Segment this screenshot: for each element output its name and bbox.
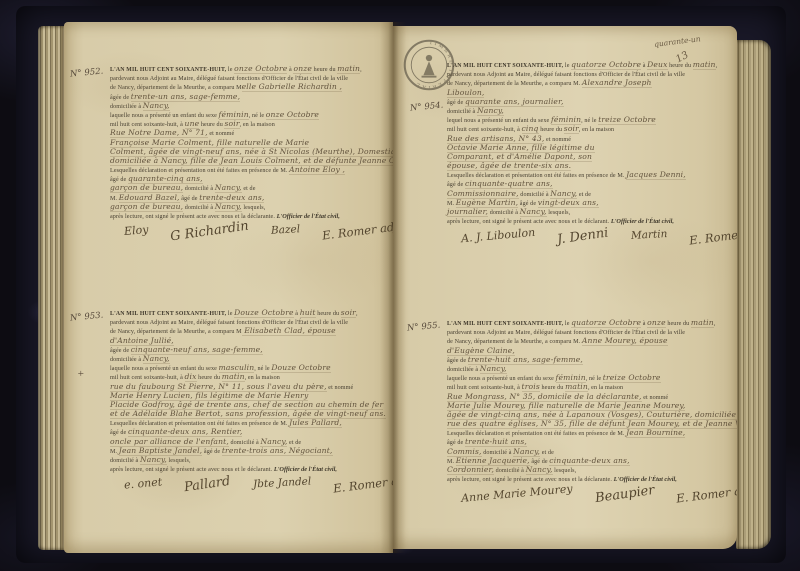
- text-line: pardevant nous Adjoint au Maire, délégué…: [110, 311, 386, 320]
- handwritten-text: matin: [691, 318, 714, 328]
- handwritten-text: Jean Bournine,: [626, 428, 685, 438]
- text-line: Octavie Marie Anne, fille légitime du: [447, 137, 719, 146]
- signature: Jbte Jandel: [252, 476, 311, 491]
- handwritten-text: Alexandre Joseph: [582, 78, 652, 88]
- signatures-row: Anne Marie MoureyBeaupierE. Romer adj: [447, 487, 719, 502]
- margin-mark: +: [77, 368, 84, 380]
- printed-text: , en la maison: [240, 122, 275, 128]
- text-line: Colment, âgée de vingt-neuf ans, née à S…: [110, 141, 386, 150]
- text-line: garçon de bureau, domicilié à Nancy, et …: [110, 177, 386, 186]
- text-line: Commissionnaire, domicilié à Nancy, et d…: [447, 183, 719, 192]
- handwritten-text: Jules Pallard,: [289, 418, 342, 428]
- text-line: laquelle nous a présenté un enfant du se…: [447, 367, 719, 376]
- text-line: L'an mil huit cent soixante-huit, le qua…: [447, 54, 719, 63]
- text-line: pardevant nous Adjoint au Maire, délégué…: [447, 321, 719, 330]
- text-line: laquelle nous a présenté un enfant du se…: [110, 104, 386, 113]
- entry-body: L'an mil huit cent soixante-huit, le qua…: [447, 312, 719, 477]
- text-line: domiciliée à Nancy,: [447, 358, 719, 367]
- register-entry-954: N° 954.L'an mil huit cent soixante-huit,…: [447, 54, 719, 244]
- text-line: Lesquelles déclaration et présentation o…: [447, 164, 719, 173]
- signature: Beaupier: [594, 483, 655, 506]
- text-line: âgée de trente-huit ans, sage-femme,: [447, 349, 719, 358]
- text-line: pardevant nous Adjoint au Maire, délégué…: [110, 67, 386, 76]
- printed-text: L'Officier de l'État civil,: [614, 476, 677, 483]
- register-entry-952: N° 952.L'an mil huit cent soixante-huit,…: [110, 58, 386, 239]
- text-line: Lesquelles déclaration et présentation o…: [110, 159, 386, 168]
- handwritten-text: Douze Octobre: [271, 363, 331, 373]
- entry-number: N° 952.: [70, 67, 104, 80]
- text-line: oncle par alliance de l'enfant, domicili…: [110, 431, 386, 440]
- text-line: mil huit cent soixante-huit, à trois heu…: [447, 376, 719, 385]
- signature: E. Romer adj: [322, 220, 393, 243]
- signatures-row: EloyG RichardinBazelE. Romer adj: [110, 224, 386, 239]
- text-line: âgée de vingt-cinq ans, née à Lapanoux (…: [447, 404, 719, 413]
- text-line: M. Jean Baptiste Jandel, âgé de trente-t…: [110, 440, 386, 449]
- text-line: après lecture, ont signé le présent acte…: [447, 210, 719, 219]
- text-line: après lecture, ont signé le présent acte…: [447, 468, 719, 477]
- printed-text: L'Officier de l'État civil,: [277, 213, 340, 220]
- text-line: M. Etienne Jacquerie, âgé de cinquante-d…: [447, 450, 719, 459]
- text-line: L'an mil huit cent soixante-huit, le Dou…: [110, 302, 386, 311]
- handwritten-text: elle Gabrielle Richardin ,: [242, 82, 342, 92]
- signature: Pallard: [183, 474, 231, 495]
- signature: E. Romer adj: [689, 225, 737, 248]
- handwritten-text: Jacques Denni,: [626, 170, 686, 180]
- text-line: après lecture, ont signé le présent acte…: [110, 458, 386, 467]
- text-line: âgée de cinquante-neuf ans, sage-femme,: [110, 339, 386, 348]
- text-line: Comparant, et d'Amélie Dapont, son: [447, 146, 719, 155]
- register-entry-953: N° 953.+L'an mil huit cent soixante-huit…: [110, 302, 386, 492]
- entry-body: L'an mil huit cent soixante-huit, le onz…: [110, 58, 386, 214]
- handwritten-text: trente-trois ans, Négociant,: [222, 446, 333, 456]
- printed-text: ,: [360, 67, 362, 73]
- text-line: mil huit cent soixante-huit, à une heure…: [110, 113, 386, 122]
- printed-text: après lecture, ont signé le présent acte…: [110, 214, 277, 220]
- printed-text: après lecture, ont signé le présent acte…: [447, 477, 614, 483]
- signature: Eloy: [123, 223, 148, 238]
- printed-text: et nommé: [327, 385, 354, 391]
- signature: Anne Marie Mourey: [461, 483, 573, 506]
- text-line: lequel nous a présenté un enfant du sexe…: [447, 109, 719, 118]
- text-line: M. Edouard Bazel, âgé de trente-deux ans…: [110, 187, 386, 196]
- signature: E. Romer adj: [676, 483, 737, 506]
- printed-text: ,: [714, 321, 716, 327]
- text-line: et de Adélaïde Blahe Bertot, sans profes…: [110, 403, 386, 412]
- text-line: rue des quatre églises, N° 35, fille de …: [447, 413, 719, 422]
- handwritten-text: Antoine Eloy ,: [289, 165, 345, 175]
- text-line: laquelle nous a présenté un enfant du se…: [110, 357, 386, 366]
- handwritten-text: Anne Mourey, épouse: [582, 336, 668, 346]
- printed-text: âgé de: [202, 449, 222, 455]
- text-line: mil huit cent soixante-huit, à cinq heur…: [447, 118, 719, 127]
- printed-text: , en la maison: [579, 127, 614, 133]
- right-page: TIMBRE IMPERIAL quarante-un 13 N° 954.L'…: [393, 26, 737, 549]
- printed-text: L'Officier de l'État civil,: [611, 218, 674, 225]
- entry-number: N° 953.: [70, 311, 104, 324]
- entry-number: N° 955.: [407, 321, 441, 334]
- text-line: Commis, domicilié à Nancy, et de: [447, 441, 719, 450]
- printed-text: après lecture, ont signé le présent acte…: [447, 219, 611, 225]
- text-line: Marie Julie Mourey, fille naturelle de M…: [447, 395, 719, 404]
- text-line: garçon de bureau, domicilié à Nancy, les…: [110, 196, 386, 205]
- printed-text: ,: [356, 311, 358, 317]
- text-line: âgé de quarante ans, journalier,: [447, 91, 719, 100]
- text-line: après lecture, ont signé le présent acte…: [110, 205, 386, 214]
- text-line: mil huit cent soixante-huit, à dix heure…: [110, 366, 386, 375]
- text-line: Françoise Marie Colment, fille naturelle…: [110, 132, 386, 141]
- register-entry-955: N° 955.L'an mil huit cent soixante-huit,…: [447, 312, 719, 502]
- text-line: domicilié à Nancy,: [447, 100, 719, 109]
- entry-body: L'an mil huit cent soixante-huit, le qua…: [447, 54, 719, 219]
- signature: Bazel: [271, 223, 301, 237]
- signature: Martin: [631, 228, 668, 242]
- entry-number: N° 954.: [410, 101, 444, 114]
- signatures-row: A. J. LiboulonJ. DenniMartinE. Romer adj: [447, 229, 719, 244]
- signature: G Richardin: [170, 219, 250, 245]
- text-line: rue du faubourg St Pierre, N° 11, sous l…: [110, 376, 386, 385]
- printed-text: après lecture, ont signé le présent acte…: [110, 467, 274, 473]
- text-line: Placide Godfroy, âgé de trente ans, chef…: [110, 394, 386, 403]
- scanned-register-book: N° 952.L'an mil huit cent soixante-huit,…: [0, 0, 800, 571]
- handwritten-text: Elisabeth Clad, épouse: [242, 326, 336, 336]
- text-line: M. Eugène Martin, âgé de vingt-deux ans,: [447, 192, 719, 201]
- text-line: L'an mil huit cent soixante-huit, le onz…: [110, 58, 386, 67]
- text-line: domiciliée à Nancy, fille de Jean Louis …: [110, 150, 386, 159]
- handwritten-text: matin: [693, 60, 716, 70]
- text-line: Rue Mongrass, N° 35, domicile de la décl…: [447, 386, 719, 395]
- corner-annotation: quarante-un: [654, 34, 701, 49]
- text-line: Lesquelles déclaration et présentation o…: [447, 422, 719, 431]
- entry-body: L'an mil huit cent soixante-huit, le Dou…: [110, 302, 386, 467]
- signature: e. onet: [124, 476, 163, 492]
- printed-text: L'Officier de l'État civil,: [274, 466, 337, 473]
- signature: J. Denni: [557, 226, 610, 248]
- left-page: N° 952.L'an mil huit cent soixante-huit,…: [64, 22, 393, 553]
- text-line: domiciliée à Nancy,: [110, 95, 386, 104]
- text-line: pardevant nous Adjoint au Maire, délégué…: [447, 63, 719, 72]
- page-edges-right: [736, 40, 771, 549]
- text-line: L'an mil huit cent soixante-huit, le qua…: [447, 312, 719, 321]
- printed-text: ,: [716, 63, 718, 69]
- signatures-row: e. onetPallardJbte JandelE. Romer adj: [110, 477, 386, 492]
- signature: A. J. Liboulon: [461, 226, 536, 245]
- signature: E. Romer adj: [332, 473, 393, 496]
- page-edges-left: [38, 26, 65, 550]
